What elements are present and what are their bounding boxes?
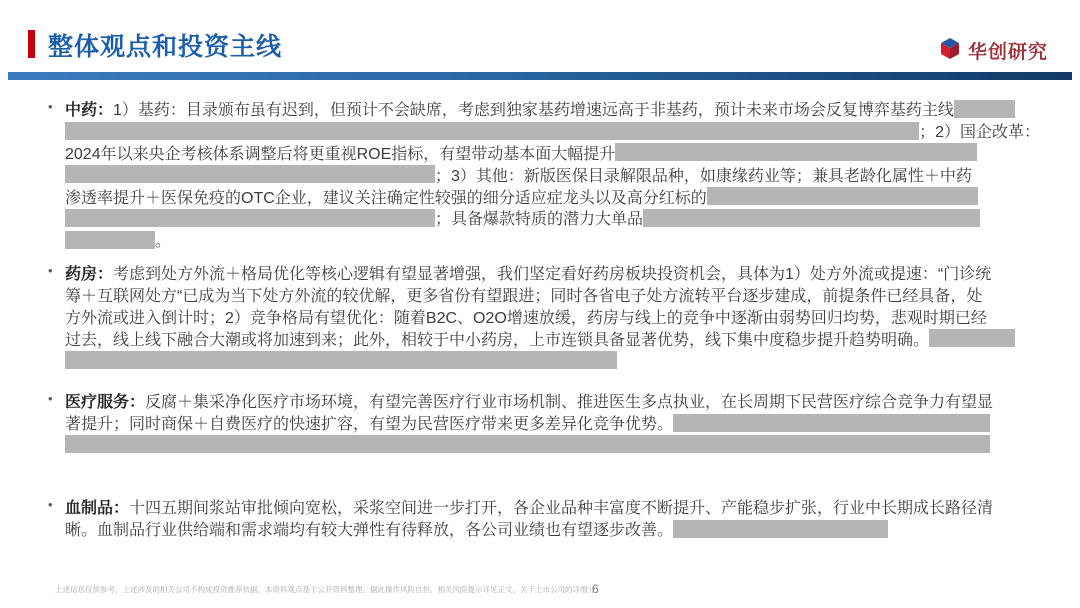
redaction-box xyxy=(65,351,617,369)
text-line: 著提升；同时商保＋自费医疗的快速扩容，有望为民营医疗带来更多差异化竞争优势。 xyxy=(65,412,1040,434)
text-line: 2024年以来央企考核体系调整后将更重视ROE指标，有望带动基本面大幅提升 xyxy=(65,142,1040,164)
body-text: 反腐＋集采净化医疗市场环境，有望完善医疗行业市场机制、推进医生多点执业，在长周期… xyxy=(145,389,993,412)
body-text: 方外流或进入倒计时；2）竞争格局有望优化：随着B2C、O2O增速放缓，药房与线上… xyxy=(65,305,987,328)
body-text: ；具备爆款特质的潜力大单品 xyxy=(435,206,643,229)
redaction-box xyxy=(65,435,990,453)
body-text: 十四五期间浆站审批倾向宽松，采浆空间进一步打开，各企业品种丰富度不断提升、产能稳… xyxy=(129,495,993,518)
logo-text: 华创研究 xyxy=(968,37,1048,64)
redaction-box xyxy=(615,143,977,161)
logo-cube-icon xyxy=(937,36,963,65)
body-text: 考虑到处方外流＋格局优化等核心逻辑有望显著增强，我们坚定看好药房板块投资机会，具… xyxy=(113,261,991,284)
bullet-paragraph-药房: •药房：考虑到处方外流＋格局优化等核心逻辑有望显著增强，我们坚定看好药房板块投资… xyxy=(65,262,1040,371)
redaction-box xyxy=(707,187,978,205)
section-label: 医疗服务： xyxy=(65,389,145,412)
body-text: 。 xyxy=(155,228,171,251)
bullet-paragraph-中药: •中药：1）基药：目录颁布虽有迟到，但预计不会缺席，考虑到独家基药增速远高于非基… xyxy=(65,98,1040,251)
redaction-box xyxy=(954,100,1015,118)
redaction-box xyxy=(65,231,155,249)
redaction-box xyxy=(65,209,435,227)
text-line: 中药：1）基药：目录颁布虽有迟到，但预计不会缺席，考虑到独家基药增速远高于非基药… xyxy=(65,98,1040,120)
text-line: 方外流或进入倒计时；2）竞争格局有望优化：随着B2C、O2O增速放缓，药房与线上… xyxy=(65,306,1040,328)
text-line: 血制品：十四五期间浆站审批倾向宽松，采浆空间进一步打开，各企业品种丰富度不断提升… xyxy=(65,496,1040,518)
body-text: 1）基药：目录颁布虽有迟到，但预计不会缺席，考虑到独家基药增速远高于非基药，预计… xyxy=(113,97,954,120)
text-line: 医疗服务：反腐＋集采净化医疗市场环境，有望完善医疗行业市场机制、推进医生多点执业… xyxy=(65,390,1040,412)
text-line: 晰。血制品行业供给端和需求端均有较大弹性有待释放，各公司业绩也有望逐步改善。 xyxy=(65,518,1040,540)
body-text: 过去，线上线下融合大潮或将加速到来；此外，相较于中小药房，上市连锁具备显著优势，… xyxy=(65,327,929,350)
section-label: 药房： xyxy=(65,261,113,284)
body-text: 筹＋互联网处方“已成为当下处方外流的较优解，更多省份有望跟进；同时各省电子处方流… xyxy=(65,283,982,306)
body-text: 著提升；同时商保＋自费医疗的快速扩容，有望为民营医疗带来更多差异化竞争优势。 xyxy=(65,411,673,434)
body-text: ；3）其他：新版医保目录解限品种，如康缘药业等；兼具老龄化属性＋中药 xyxy=(435,163,972,186)
redaction-box xyxy=(65,122,919,140)
bullet-marker: • xyxy=(48,99,53,114)
bullet-marker: • xyxy=(48,497,53,512)
brand-logo: 华创研究 xyxy=(937,36,1048,65)
text-line: ；3）其他：新版医保目录解限品种，如康缘药业等；兼具老龄化属性＋中药 xyxy=(65,163,1040,185)
header-divider xyxy=(8,72,1072,80)
bullet-marker: • xyxy=(48,263,53,278)
redaction-box xyxy=(929,329,1015,347)
redaction-box xyxy=(643,209,980,227)
footer-disclaimer: 上述信息仅供参考，上述涉及的相关公司不构成投资推荐依据，本资料观点基于公开资料整… xyxy=(55,584,595,595)
slide: 整体观点和投资主线 华创研究 •中药：1）基药：目录颁布虽有迟到，但预计不会缺席… xyxy=(0,0,1080,608)
text-line: ；具备爆款特质的潜力大单品 xyxy=(65,207,1040,229)
redaction-box xyxy=(673,520,888,538)
text-line xyxy=(65,434,1040,456)
body-text: 2024年以来央企考核体系调整后将更重视ROE指标，有望带动基本面大幅提升 xyxy=(65,141,615,164)
redaction-box xyxy=(65,165,435,183)
section-label: 血制品： xyxy=(65,495,129,518)
text-line: 过去，线上线下融合大潮或将加速到来；此外，相较于中小药房，上市连锁具备显著优势，… xyxy=(65,327,1040,349)
title-accent-bar xyxy=(28,30,35,58)
bullet-paragraph-血制品: •血制品：十四五期间浆站审批倾向宽松，采浆空间进一步打开，各企业品种丰富度不断提… xyxy=(65,496,1040,540)
body-text: 晰。血制品行业供给端和需求端均有较大弹性有待释放，各公司业绩也有望逐步改善。 xyxy=(65,517,673,540)
text-line: 渗透率提升＋医保免疫的OTC企业，建议关注确定性较强的细分适应症龙头以及高分红标… xyxy=(65,185,1040,207)
bullet-marker: • xyxy=(48,391,53,406)
redaction-box xyxy=(673,414,990,432)
body-text: ；2）国企改革： xyxy=(919,119,1040,142)
body-text: 渗透率提升＋医保免疫的OTC企业，建议关注确定性较强的细分适应症龙头以及高分红标… xyxy=(65,185,707,208)
bullet-paragraph-医疗服务: •医疗服务：反腐＋集采净化医疗市场环境，有望完善医疗行业市场机制、推进医生多点执… xyxy=(65,390,1040,455)
text-line: 药房：考虑到处方外流＋格局优化等核心逻辑有望显著增强，我们坚定看好药房板块投资机… xyxy=(65,262,1040,284)
page-number: 6 xyxy=(592,582,599,596)
text-line: 。 xyxy=(65,229,1040,251)
section-label: 中药： xyxy=(65,97,113,120)
text-line xyxy=(65,349,1040,371)
text-line: ；2）国企改革： xyxy=(65,120,1040,142)
page-title: 整体观点和投资主线 xyxy=(48,27,282,63)
text-line: 筹＋互联网处方“已成为当下处方外流的较优解，更多省份有望跟进；同时各省电子处方流… xyxy=(65,284,1040,306)
